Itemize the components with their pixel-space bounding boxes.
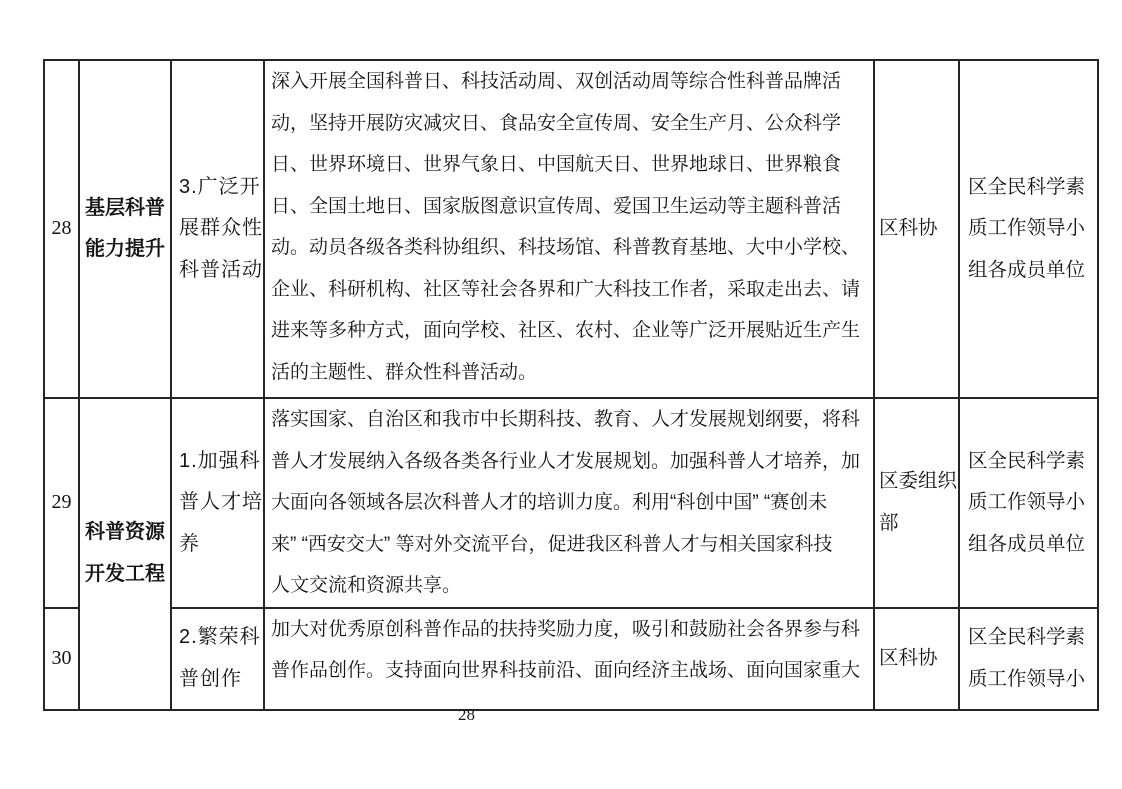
category-cell: 科普资源 开发工程 <box>79 398 171 710</box>
table-row: 29 科普资源 开发工程 1.加强科 普人才培 养 落实国家、自治区和我市中长期… <box>44 398 1098 608</box>
responsible-unit-cell: 区委组织 部 <box>874 398 959 608</box>
table-row: 28 基层科普 能力提升 3.广泛开 展群众性 科普活动 深入开展全国科普日、科… <box>44 60 1098 398</box>
responsible-unit-cell: 区科协 <box>874 60 959 398</box>
page-number: 28 <box>458 704 475 726</box>
table-row: 30 2.繁荣科 普创作 加大对优秀原创科普作品的扶持奖励力度，吸引和鼓励社会各… <box>44 608 1098 710</box>
sub-item-cell: 1.加强科 普人才培 养 <box>171 398 264 608</box>
row-number: 30 <box>44 608 79 710</box>
document-page: 28 基层科普 能力提升 3.广泛开 展群众性 科普活动 深入开展全国科普日、科… <box>0 0 1122 789</box>
description-cell: 落实国家、自治区和我市中长期科技、教育、人才发展规划纲要，将科 普人才发展纳入各… <box>264 398 874 608</box>
member-units-cell: 区全民科学素 质工作领导小 <box>959 608 1098 710</box>
responsible-unit-cell: 区科协 <box>874 608 959 710</box>
row-number: 29 <box>44 398 79 608</box>
description-cell: 深入开展全国科普日、科技活动周、双创活动周等综合性科普品牌活 动，坚持开展防灾减… <box>264 60 874 398</box>
member-units-cell: 区全民科学素 质工作领导小 组各成员单位 <box>959 60 1098 398</box>
sub-item-cell: 3.广泛开 展群众性 科普活动 <box>171 60 264 398</box>
category-cell: 基层科普 能力提升 <box>79 60 171 398</box>
description-cell: 加大对优秀原创科普作品的扶持奖励力度，吸引和鼓励社会各界参与科 普作品创作。支持… <box>264 608 874 710</box>
member-units-cell: 区全民科学素 质工作领导小 组各成员单位 <box>959 398 1098 608</box>
row-number: 28 <box>44 60 79 398</box>
science-popularization-task-table: 28 基层科普 能力提升 3.广泛开 展群众性 科普活动 深入开展全国科普日、科… <box>43 59 1099 711</box>
sub-item-cell: 2.繁荣科 普创作 <box>171 608 264 710</box>
